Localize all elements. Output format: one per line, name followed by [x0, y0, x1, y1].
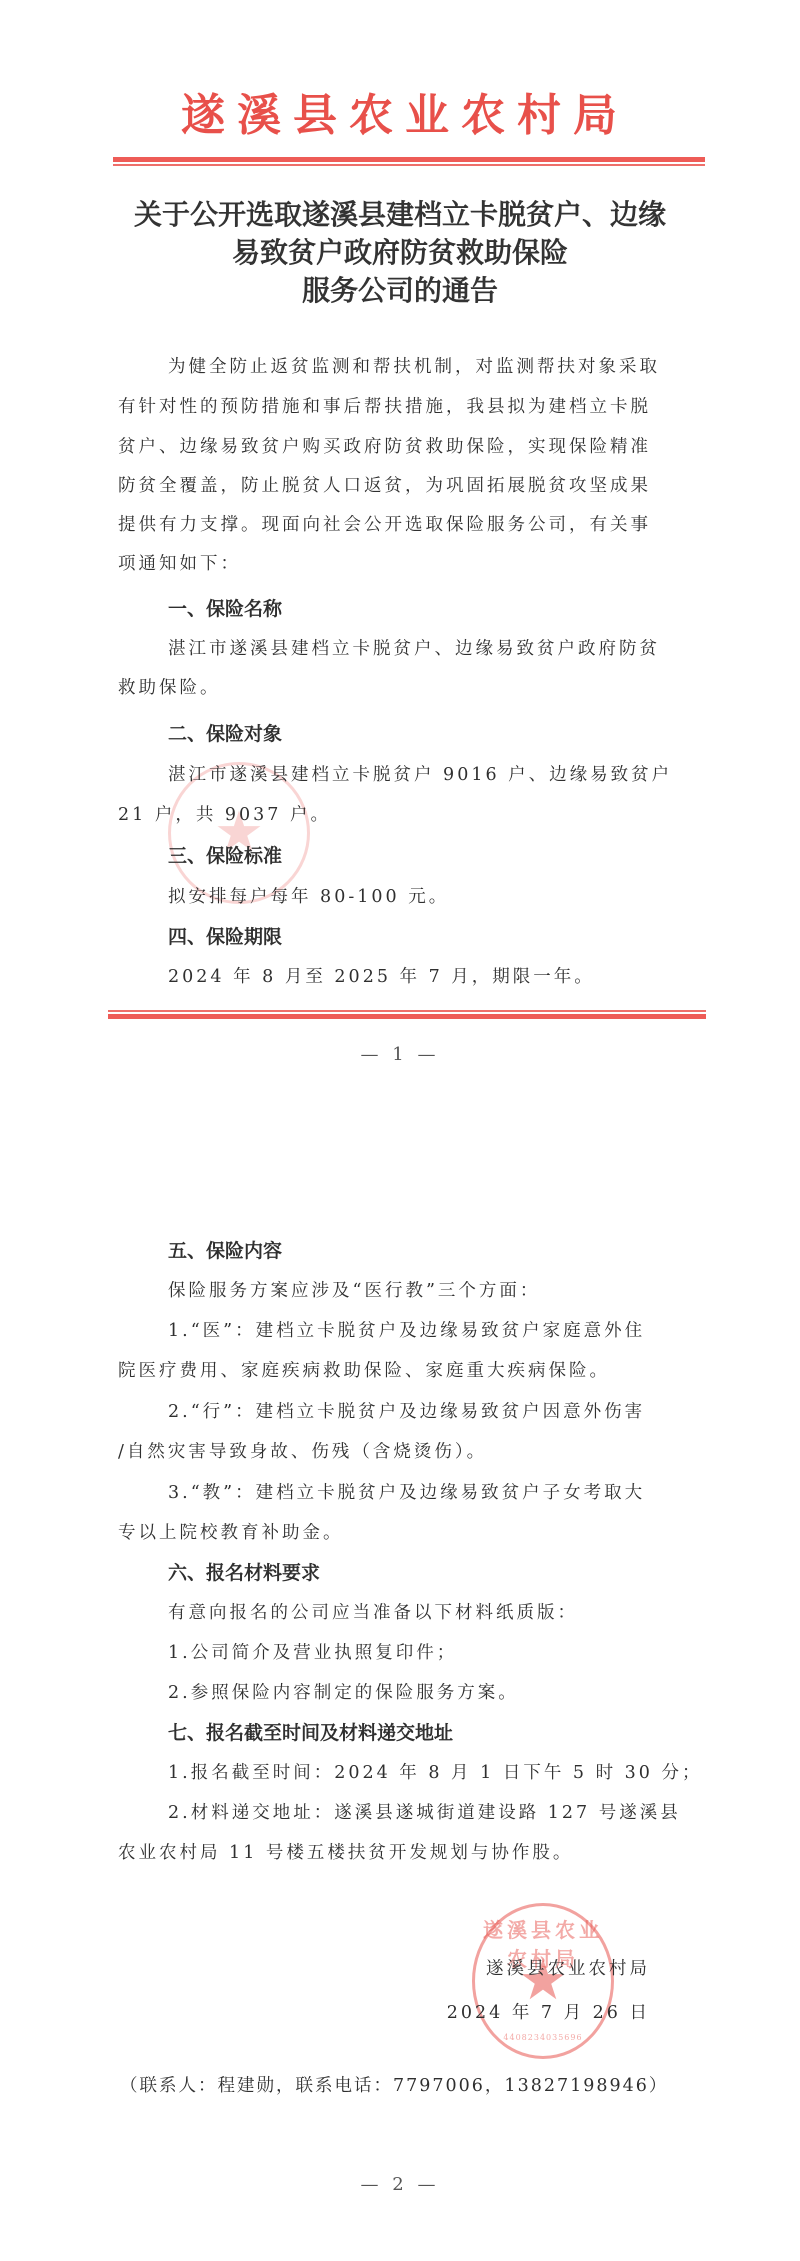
signature-date: 2024 年 7 月 26 日: [400, 1994, 650, 2032]
section-heading-insurance-period: 四、保险期限: [168, 918, 282, 957]
intro-line-1: 为健全防止返贫监测和帮扶机制，对监测帮扶对象采取: [168, 348, 660, 387]
section-heading-application-materials: 六、报名材料要求: [168, 1554, 320, 1593]
contact-info: （联系人：程建勋，联系电话：7797006，13827198946）: [120, 2072, 710, 2097]
intro-line-6: 项通知如下：: [118, 545, 241, 584]
document-title-line-3: 服务公司的通告: [80, 272, 720, 310]
section-7-line-1: 1.报名截至时间：2024 年 8 月 1 日下午 5 时 30 分；: [168, 1754, 702, 1793]
section-5-line-1: 保险服务方案应涉及“医行教”三个方面：: [168, 1272, 540, 1311]
section-heading-insurance-standard: 三、保险标准: [168, 837, 282, 876]
section-heading-insured-targets: 二、保险对象: [168, 715, 282, 754]
footer-red-line-thick: [108, 1014, 706, 1019]
section-5-line-4: 2.“行”：建档立卡脱贫户及边缘易致贫户因意外伤害: [168, 1393, 645, 1432]
document-title-line-2: 易致贫户政府防贫救助保险: [80, 234, 720, 272]
section-7-line-3: 农业农村局 11 号楼五楼扶贫开发规划与协作股。: [118, 1834, 573, 1873]
section-6-line-1: 有意向报名的公司应当准备以下材料纸质版：: [168, 1594, 578, 1633]
intro-line-4: 防贫全覆盖，防止脱贫人口返贫，为巩固拓展脱贫攻坚成果: [118, 467, 651, 506]
signature-org: 遂溪县农业农村局: [400, 1950, 650, 1988]
section-5-line-7: 专以上院校教育补助金。: [118, 1514, 344, 1553]
section-heading-insurance-content: 五、保险内容: [168, 1232, 282, 1271]
section-7-line-2: 2.材料递交地址：遂溪县遂城街道建设路 127 号遂溪县: [168, 1794, 681, 1833]
seal-code: 4408234035696: [475, 2033, 611, 2042]
section-5-line-3: 院医疗费用、家庭疾病救助保险、家庭重大疾病保险。: [118, 1352, 610, 1391]
section-5-line-6: 3.“教”：建档立卡脱贫户及边缘易致贫户子女考取大: [168, 1474, 645, 1513]
intro-line-2: 有针对性的预防措施和事后帮扶措施，我县拟为建档立卡脱: [118, 388, 651, 427]
section-5-line-2: 1.“医”：建档立卡脱贫户及边缘易致贫户家庭意外住: [168, 1312, 645, 1351]
section-6-line-2: 1.公司简介及营业执照复印件；: [168, 1634, 457, 1673]
section-4-line-1: 2024 年 8 月至 2025 年 7 月，期限一年。: [168, 958, 595, 997]
intro-line-3: 贫户、边缘易致贫户购买政府防贫救助保险，实现保险精准: [118, 428, 651, 467]
intro-line-5: 提供有力支撑。现面向社会公开选取保险服务公司，有关事: [118, 506, 651, 545]
masthead-red-line-thick: [113, 157, 705, 162]
section-2-line-2: 21 户，共 9037 户。: [118, 796, 331, 835]
section-5-line-5: /自然灾害导致身故、伤残（含烧烫伤）。: [118, 1433, 487, 1472]
section-2-line-1: 湛江市遂溪县建档立卡脱贫户 9016 户、边缘易致贫户: [168, 756, 672, 795]
section-heading-insurance-name: 一、保险名称: [168, 590, 282, 629]
page-number-2: — 2 —: [0, 2174, 800, 2195]
page-number-1: — 1 —: [0, 1044, 800, 1065]
document-title-line-1: 关于公开选取遂溪县建档立卡脱贫户、边缘: [80, 196, 720, 234]
section-1-line-1: 湛江市遂溪县建档立卡脱贫户、边缘易致贫户政府防贫: [168, 630, 660, 669]
section-1-line-2: 救助保险。: [118, 669, 221, 708]
section-heading-deadline-address: 七、报名截至时间及材料递交地址: [168, 1714, 453, 1753]
section-3-line-1: 拟安排每户每年 80-100 元。: [168, 878, 449, 917]
masthead-red-line-thin: [113, 164, 705, 166]
section-6-line-3: 2.参照保险内容制定的保险服务方案。: [168, 1674, 519, 1713]
footer-red-line-thin: [108, 1010, 706, 1012]
masthead-org-name: 遂溪县农业农村局: [110, 88, 700, 144]
